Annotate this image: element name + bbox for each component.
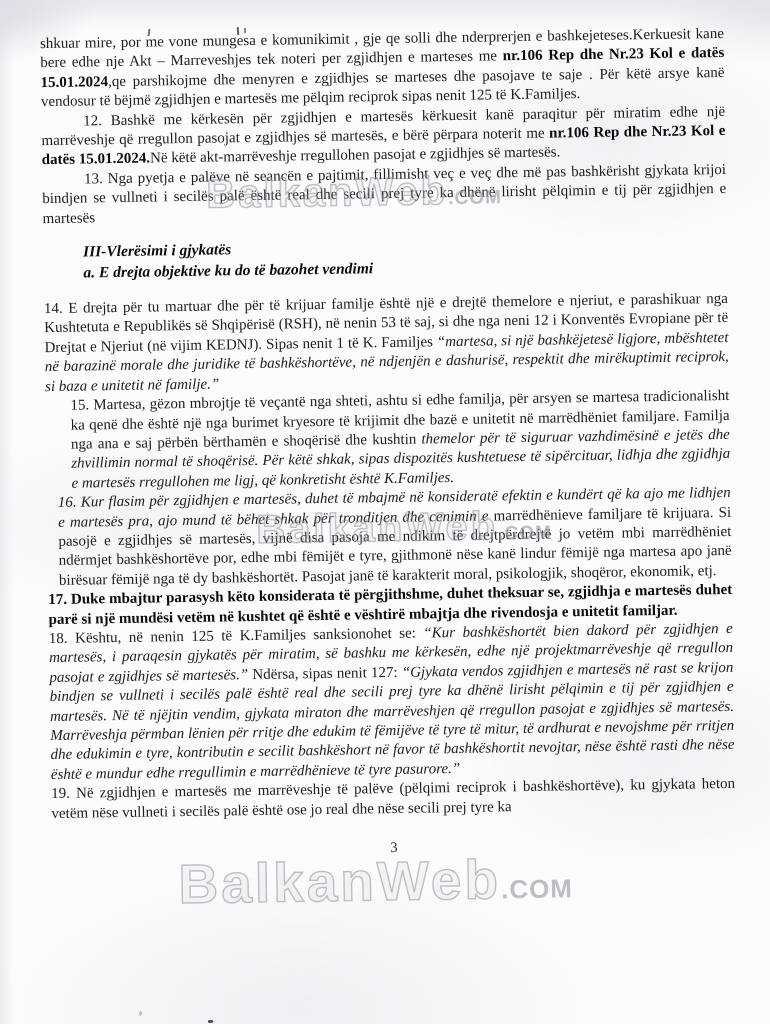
text-run: 13. Nga pyetja e palëve në seancën e paj… xyxy=(42,162,726,227)
scanned-document-page: BalkanWeb.COM BalkanWeb.COM BalkanWeb.CO… xyxy=(0,0,770,1024)
paragraph-14: 14. E drejta për tu martuar dhe për të k… xyxy=(44,290,729,397)
page-number: 3 xyxy=(52,834,736,864)
paragraph-11-continuation: shkuar mire, por me vone mungesa e komun… xyxy=(40,25,725,113)
paragraph-12: 12. Bashkë me kërkesën për zgjidhjen e m… xyxy=(41,103,726,171)
paragraph-16: 16. Kur flasim për zgjidhjen e martesës,… xyxy=(47,484,732,591)
document-content: BalkanWeb.COM BalkanWeb.COM BalkanWeb.CO… xyxy=(40,25,736,863)
watermark-suffix: .COM xyxy=(501,873,573,904)
scan-artifact xyxy=(237,27,240,35)
section-heading: III-Vlerësimi i gjykatës a. E drejta obj… xyxy=(83,233,728,284)
scan-artifact xyxy=(208,1020,213,1023)
scan-artifact xyxy=(244,28,246,33)
text-run: 18. Kështu, në nenin 125 të K.Familjes s… xyxy=(49,625,424,647)
paragraph-18: 18. Kështu, në nenin 125 të K.Familjes s… xyxy=(49,620,735,785)
balkanweb-watermark: BalkanWeb.COM xyxy=(178,869,573,904)
paragraph-13: 13. Nga pyetja e palëve në seancën e paj… xyxy=(42,161,727,229)
text-run: Ndërsa, sipas nenit 127: xyxy=(248,665,402,683)
text-run: 19. Në zgjidhjen e martesës me marrëvesh… xyxy=(51,776,735,822)
paragraph-15: 15. Martesa, gëzon mbrojtje të veçantë n… xyxy=(45,387,730,494)
scan-artifact xyxy=(139,1011,142,1016)
